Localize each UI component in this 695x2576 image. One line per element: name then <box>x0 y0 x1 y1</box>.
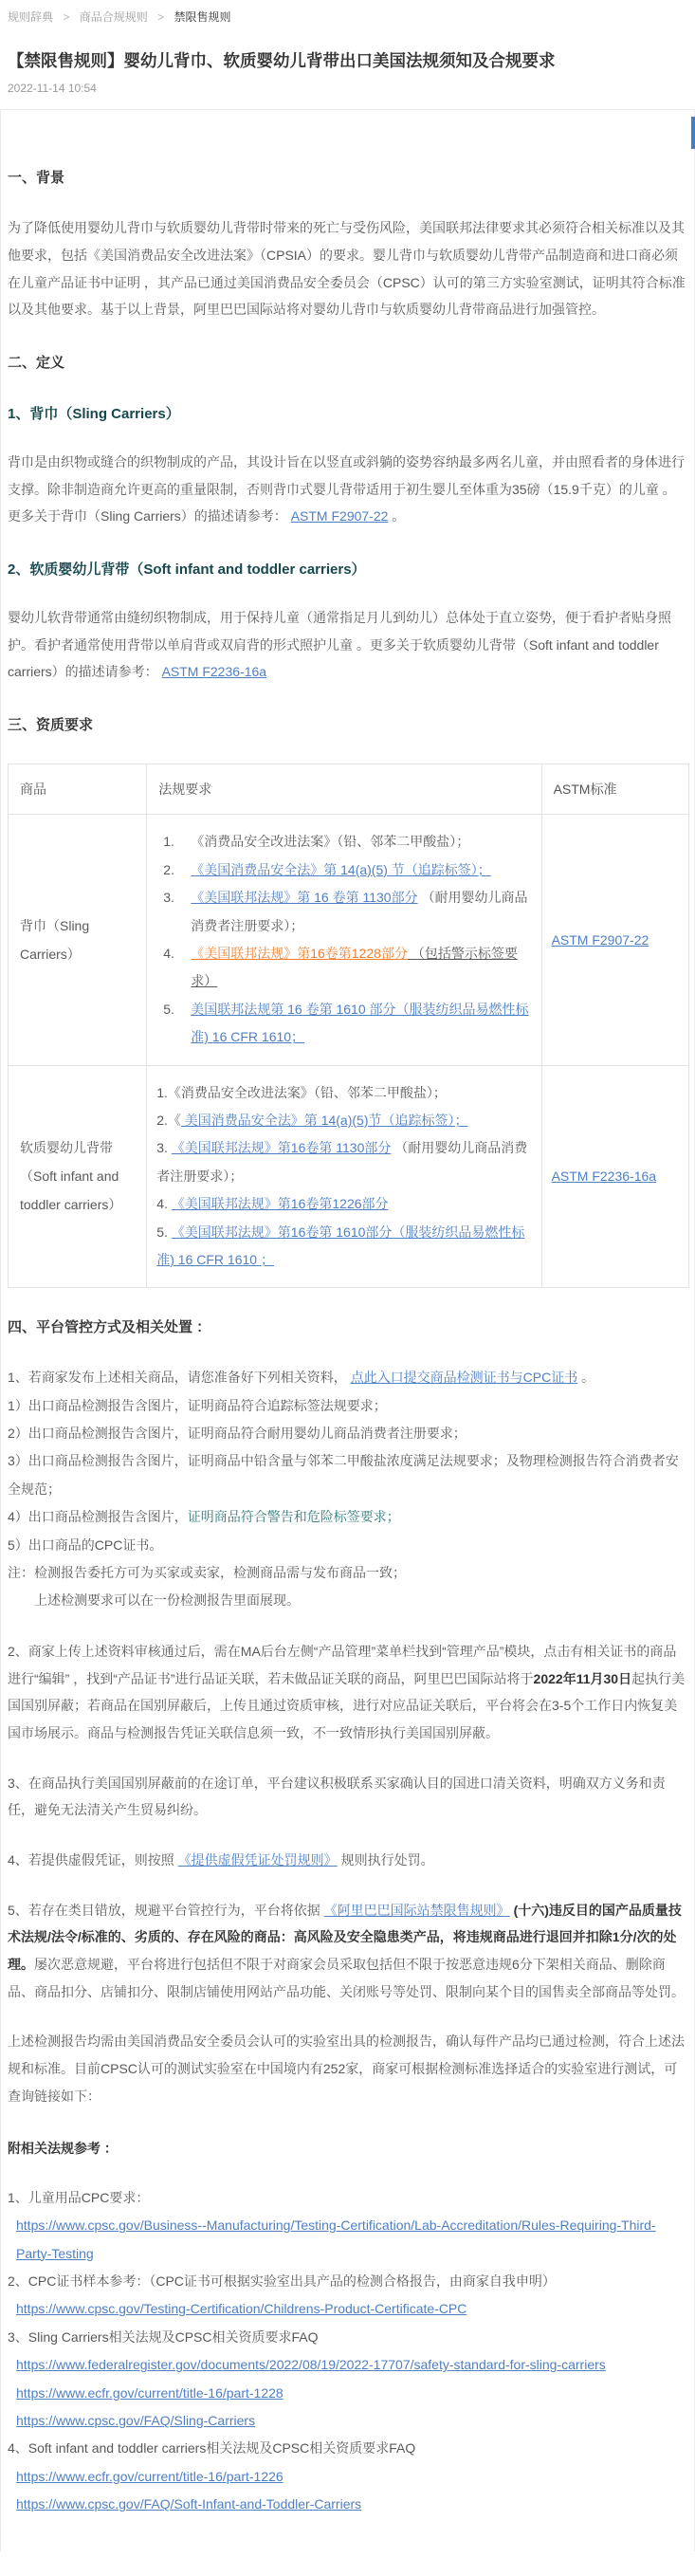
appendix-url-link[interactable]: https://www.cpsc.gov/FAQ/Sling-Carriers <box>8 2407 686 2435</box>
regulation-item-number: 2. <box>163 856 174 884</box>
text-segment: 2.《 <box>156 1113 181 1128</box>
inline-link[interactable]: 《美国联邦法规》第16卷第 1610部分（服装纺织品易燃性标准) 16 CFR … <box>156 1224 524 1267</box>
breadcrumb: 规则辞典 > 商品合规规则 > 禁限售规则 <box>0 0 695 26</box>
article-container: 一、背景 为了降低使用婴幼儿背巾与软质婴幼儿背带时带来的死亡与受伤风险，美国联邦… <box>0 109 695 2550</box>
regulation-item: 2.《美国消费品安全法》第 14(a)(5) 节（追踪标签）； <box>156 856 529 884</box>
scrollbar-thumb[interactable] <box>691 117 695 149</box>
section-heading-platform-control: 四、平台管控方式及相关处置 ： <box>8 1316 686 1339</box>
regulation-item: 4. 《美国联邦法规》第16卷第1226部分 <box>156 1190 529 1218</box>
text-segment: 4）出口商品检测报告含图片， <box>8 1509 188 1524</box>
text-segment: 3、在商品执行美国国别屏蔽前的在途订单，平台建议积极联系买家确认目的国进口清关资… <box>8 1776 666 1818</box>
text-segment: 4. <box>156 1196 172 1211</box>
table-cell-astm: ASTM F2907-22 <box>541 815 688 1065</box>
appendix-group-label: 2、CPC证书样本参考：（CPC证书可根据实验室出具产品的检测合格报告，由商家自… <box>8 2268 686 2295</box>
table-cell-product: 软质婴幼儿背带（Soft infant and toddler carriers… <box>9 1065 147 1288</box>
appendix-url-link[interactable]: https://www.ecfr.gov/current/title-16/pa… <box>8 2380 686 2407</box>
definition-heading-soft-carriers: 2、软质婴幼儿背带（Soft infant and toddler carrie… <box>8 559 686 581</box>
definition-soft-carriers-paragraph: 婴幼儿软背带通常由缝纫织物制成，用于保持儿童（通常指足月儿到幼儿）总体处于直立姿… <box>8 604 686 686</box>
appendix-heading: 附相关法规参考 ： <box>8 2138 686 2159</box>
appendix-url-link[interactable]: https://www.ecfr.gov/current/title-16/pa… <box>8 2463 686 2491</box>
breadcrumb-item-product-compliance[interactable]: 商品合规规则 <box>80 10 148 24</box>
appendix-url-link[interactable]: https://www.federalregister.gov/document… <box>8 2351 686 2379</box>
inline-link[interactable]: 点此入口提交商品检测证书与CPC证书 <box>351 1370 578 1385</box>
table-header-astm: ASTM标准 <box>541 764 688 815</box>
appendix: 1、儿童用品CPC要求：https://www.cpsc.gov/Busines… <box>8 2184 686 2519</box>
text-segment: 。 <box>388 508 405 524</box>
inline-link[interactable]: 《阿里巴巴国际站禁限售规则》 <box>324 1903 510 1918</box>
regulation-item: 4.《美国联邦法规》第16卷第1228部分 （包括警示标签要求） <box>156 940 529 996</box>
text-segment: 。 <box>577 1370 594 1385</box>
control-item-4: 4、若提供虚假凭证，则按照 《提供虚假凭证处罚规则》 规则执行处罚。 <box>8 1847 686 1874</box>
breadcrumb-item-rules-dictionary[interactable]: 规则辞典 <box>8 10 53 24</box>
inline-link[interactable]: 美国消费品安全法》第 14(a)(5)节（追踪标签）； <box>181 1113 468 1128</box>
table-cell-astm: ASTM F2236-16a <box>541 1065 688 1288</box>
text-segment: 1）出口商品检测报告含图片，证明商品符合追踪标签法规要求； <box>8 1398 387 1413</box>
appendix-url-link[interactable]: https://www.cpsc.gov/FAQ/Soft-Infant-and… <box>8 2491 686 2518</box>
table-row: 软质婴幼儿背带（Soft infant and toddler carriers… <box>9 1065 689 1288</box>
text-segment: 屡次恶意规避，平台将进行包括但不限于对商家会员采取包括但不限于按恶意违规6分下架… <box>8 1957 685 1999</box>
inline-link[interactable]: 《美国联邦法规》第16卷第 1130部分 <box>172 1140 392 1155</box>
appendix-group: 1、儿童用品CPC要求：https://www.cpsc.gov/Busines… <box>8 2184 686 2268</box>
appendix-group-label: 1、儿童用品CPC要求： <box>8 2184 686 2212</box>
page-title: 【禁限售规则】婴幼儿背巾、软质婴幼儿背带出口美国法规须知及合规要求 <box>8 49 687 73</box>
inline-link-orange[interactable]: 《美国联邦法规》第16卷第1228部分 <box>191 946 408 961</box>
regulation-item: 5.美国联邦法规第 16 卷第 1610 部分（服装纺织品易燃性标准) 16 C… <box>156 996 529 1052</box>
control-subitem: 2）出口商品检测报告含图片，证明商品符合耐用婴幼儿商品消费者注册要求； <box>8 1420 686 1447</box>
control-subitem: 5）出口商品的CPC证书。 <box>8 1532 686 1559</box>
appendix-group-label: 3、Sling Carriers相关法规及CPSC相关资质要求FAQ <box>8 2324 686 2351</box>
control-subitem: 4）出口商品检测报告含图片，证明商品符合警告和危险标签要求； <box>8 1503 686 1531</box>
inline-link[interactable]: 《美国消费品安全法》第 14(a)(5) 节（追踪标签）； <box>191 862 491 877</box>
publish-date: 2022-11-14 10:54 <box>8 82 687 95</box>
control-item-3: 3、在商品执行美国国别屏蔽前的在途订单，平台建议积极联系买家确认目的国进口清关资… <box>8 1770 686 1824</box>
text-segment: 3）出口商品检测报告含图片，证明商品中铅含量与邻苯二甲酸盐浓度满足法规要求；及物… <box>8 1453 679 1496</box>
inline-link[interactable]: 《美国联邦法规》第 16 卷第 1130部分 <box>191 890 417 905</box>
inline-link[interactable]: 《提供虚假凭证处罚规则》 <box>178 1852 338 1868</box>
text-segment: 5）出口商品的CPC证书。 <box>8 1537 162 1553</box>
text-segment: 5、若存在类目错放，规避平台管控行为，平台将依据 <box>8 1903 324 1918</box>
inline-link[interactable]: 《美国联邦法规》第16卷第1226部分 <box>172 1196 389 1211</box>
appendix-group-label: 4、Soft infant and toddler carriers相关法规及C… <box>8 2435 686 2462</box>
definition-sling-carriers-paragraph: 背巾是由织物或缝合的织物制成的产品，其设计旨在以竖直或斜躺的姿势容纳最多两名儿童… <box>8 449 686 530</box>
appendix-group: 4、Soft infant and toddler carriers相关法规及C… <box>8 2435 686 2518</box>
table-cell-product: 背巾（Sling Carriers） <box>9 815 147 1065</box>
platform-control-list: 1、若商家发布上述相关商品，请您准备好下列相关资料， 点此入口提交商品检测证书与… <box>8 1364 686 1615</box>
regulation-item: 2.《 美国消费品安全法》第 14(a)(5)节（追踪标签）； <box>156 1107 529 1134</box>
section-heading-background: 一、背景 <box>8 167 686 190</box>
table-row: 背巾（Sling Carriers）1.《消费品安全改进法案》（铅、邻苯二甲酸盐… <box>9 815 689 1065</box>
definition-heading-sling-carriers: 1、背巾（Sling Carriers） <box>8 403 686 426</box>
regulation-item: 1.《消费品安全改进法案》（铅、邻苯二甲酸盐）； <box>156 1079 529 1107</box>
astm-standard-link[interactable]: ASTM F2907-22 <box>552 932 649 948</box>
table-header-product: 商品 <box>9 764 147 815</box>
text-segment: 规则执行处罚。 <box>338 1852 434 1868</box>
background-paragraph: 为了降低使用婴幼儿背巾与软质婴幼儿背带时带来的死亡与受伤风险，美国联邦法律要求其… <box>8 214 686 323</box>
text-segment: 1.《消费品安全改进法案》（铅、邻苯二甲酸盐）； <box>156 1085 447 1100</box>
inline-link[interactable]: ASTM F2236-16a <box>162 664 267 679</box>
astm-standard-link[interactable]: ASTM F2236-16a <box>552 1168 657 1184</box>
section-heading-definitions: 二、定义 <box>8 352 686 375</box>
table-cell-regulations: 1.《消费品安全改进法案》（铅、邻苯二甲酸盐）；2.《 美国消费品安全法》第 1… <box>147 1065 541 1288</box>
appendix-url-link[interactable]: https://www.cpsc.gov/Testing-Certificati… <box>8 2295 686 2323</box>
control-item-5: 5、若存在类目错放，规避平台管控行为，平台将依据 《阿里巴巴国际站禁限售规则》 … <box>8 1897 686 2006</box>
table-cell-regulations: 1.《消费品安全改进法案》（铅、邻苯二甲酸盐）；2.《美国消费品安全法》第 14… <box>147 815 541 1065</box>
text-segment: 证明商品符合警告和危险标签要求； <box>188 1509 400 1524</box>
text-segment: 1、若商家发布上述相关商品，请您准备好下列相关资料， <box>8 1370 351 1385</box>
breadcrumb-separator: > <box>63 10 69 24</box>
breadcrumb-item-prohibited-rules[interactable]: 禁限售规则 <box>174 10 230 24</box>
regulation-item: 3. 《美国联邦法规》第16卷第 1130部分 （耐用婴幼儿商品消费者注册要求）… <box>156 1134 529 1190</box>
regulation-item-number: 4. <box>163 940 174 967</box>
regulation-item: 3.《美国联邦法规》第 16 卷第 1130部分 （耐用婴幼儿商品消费者注册要求… <box>156 884 529 940</box>
regulation-item-number: 5. <box>163 996 174 1023</box>
section-heading-qualification: 三、资质要求 <box>8 714 686 737</box>
appendix-group: 2、CPC证书样本参考：（CPC证书可根据实验室出具产品的检测合格报告，由商家自… <box>8 2268 686 2324</box>
text-segment: 2022年11月30日 <box>534 1671 632 1686</box>
control-note: 上述检测要求可以在一份检测报告里面展现。 <box>8 1587 686 1614</box>
text-segment: 3. <box>156 1140 172 1155</box>
lab-testing-paragraph: 上述检测报告均需由美国消费品安全委员会认可的实验室出具的检测报告，确认每件产品均… <box>8 2028 686 2109</box>
regulation-item: 1.《消费品安全改进法案》（铅、邻苯二甲酸盐）； <box>156 828 529 856</box>
text-segment: 上述检测报告均需由美国消费品安全委员会认可的实验室出具的检测报告，确认每件产品均… <box>8 2033 685 2103</box>
control-item-1: 1、若商家发布上述相关商品，请您准备好下列相关资料， 点此入口提交商品检测证书与… <box>8 1364 686 1391</box>
table-header-row: 商品 法规要求 ASTM标准 <box>9 764 689 815</box>
rules-document-page: 规则辞典 > 商品合规规则 > 禁限售规则 【禁限售规则】婴幼儿背巾、软质婴幼儿… <box>0 0 695 2576</box>
regulation-item-number: 1. <box>163 828 174 856</box>
control-item-2: 2、商家上传上述资料审核通过后，需在MA后台左侧“产品管理”菜单栏找到“管理产品… <box>8 1638 686 1747</box>
breadcrumb-separator: > <box>157 10 164 24</box>
regulation-item-number: 3. <box>163 884 174 911</box>
text-segment: 《消费品安全改进法案》（铅、邻苯二甲酸盐）； <box>191 834 469 849</box>
control-note: 注：检测报告委托方可为买家或卖家，检测商品需与发布商品一致； <box>8 1559 686 1587</box>
table-header-regulation: 法规要求 <box>147 764 541 815</box>
control-subitem: 3）出口商品检测报告含图片，证明商品中铅含量与邻苯二甲酸盐浓度满足法规要求；及物… <box>8 1447 686 1503</box>
text-segment: 2）出口商品检测报告含图片，证明商品符合耐用婴幼儿商品消费者注册要求； <box>8 1426 466 1441</box>
inline-link[interactable]: 美国联邦法规第 16 卷第 1610 部分（服装纺织品易燃性标准) 16 CFR… <box>191 1002 528 1044</box>
text-segment: 4、若提供虚假凭证，则按照 <box>8 1852 178 1868</box>
control-subitem: 1）出口商品检测报告含图片，证明商品符合追踪标签法规要求； <box>8 1392 686 1420</box>
appendix-url-link[interactable]: https://www.cpsc.gov/Business--Manufactu… <box>8 2212 686 2268</box>
requirements-table: 商品 法规要求 ASTM标准 背巾（Sling Carriers）1.《消费品安… <box>8 764 689 1288</box>
appendix-group: 3、Sling Carriers相关法规及CPSC相关资质要求FAQhttps:… <box>8 2324 686 2436</box>
inline-link[interactable]: ASTM F2907-22 <box>291 508 389 524</box>
regulation-item: 5. 《美国联邦法规》第16卷第 1610部分（服装纺织品易燃性标准) 16 C… <box>156 1219 529 1275</box>
text-segment: 5. <box>156 1224 172 1240</box>
text-segment: 婴幼儿软背带通常由缝纫织物制成，用于保持儿童（通常指足月儿到幼儿）总体处于直立姿… <box>8 610 671 679</box>
